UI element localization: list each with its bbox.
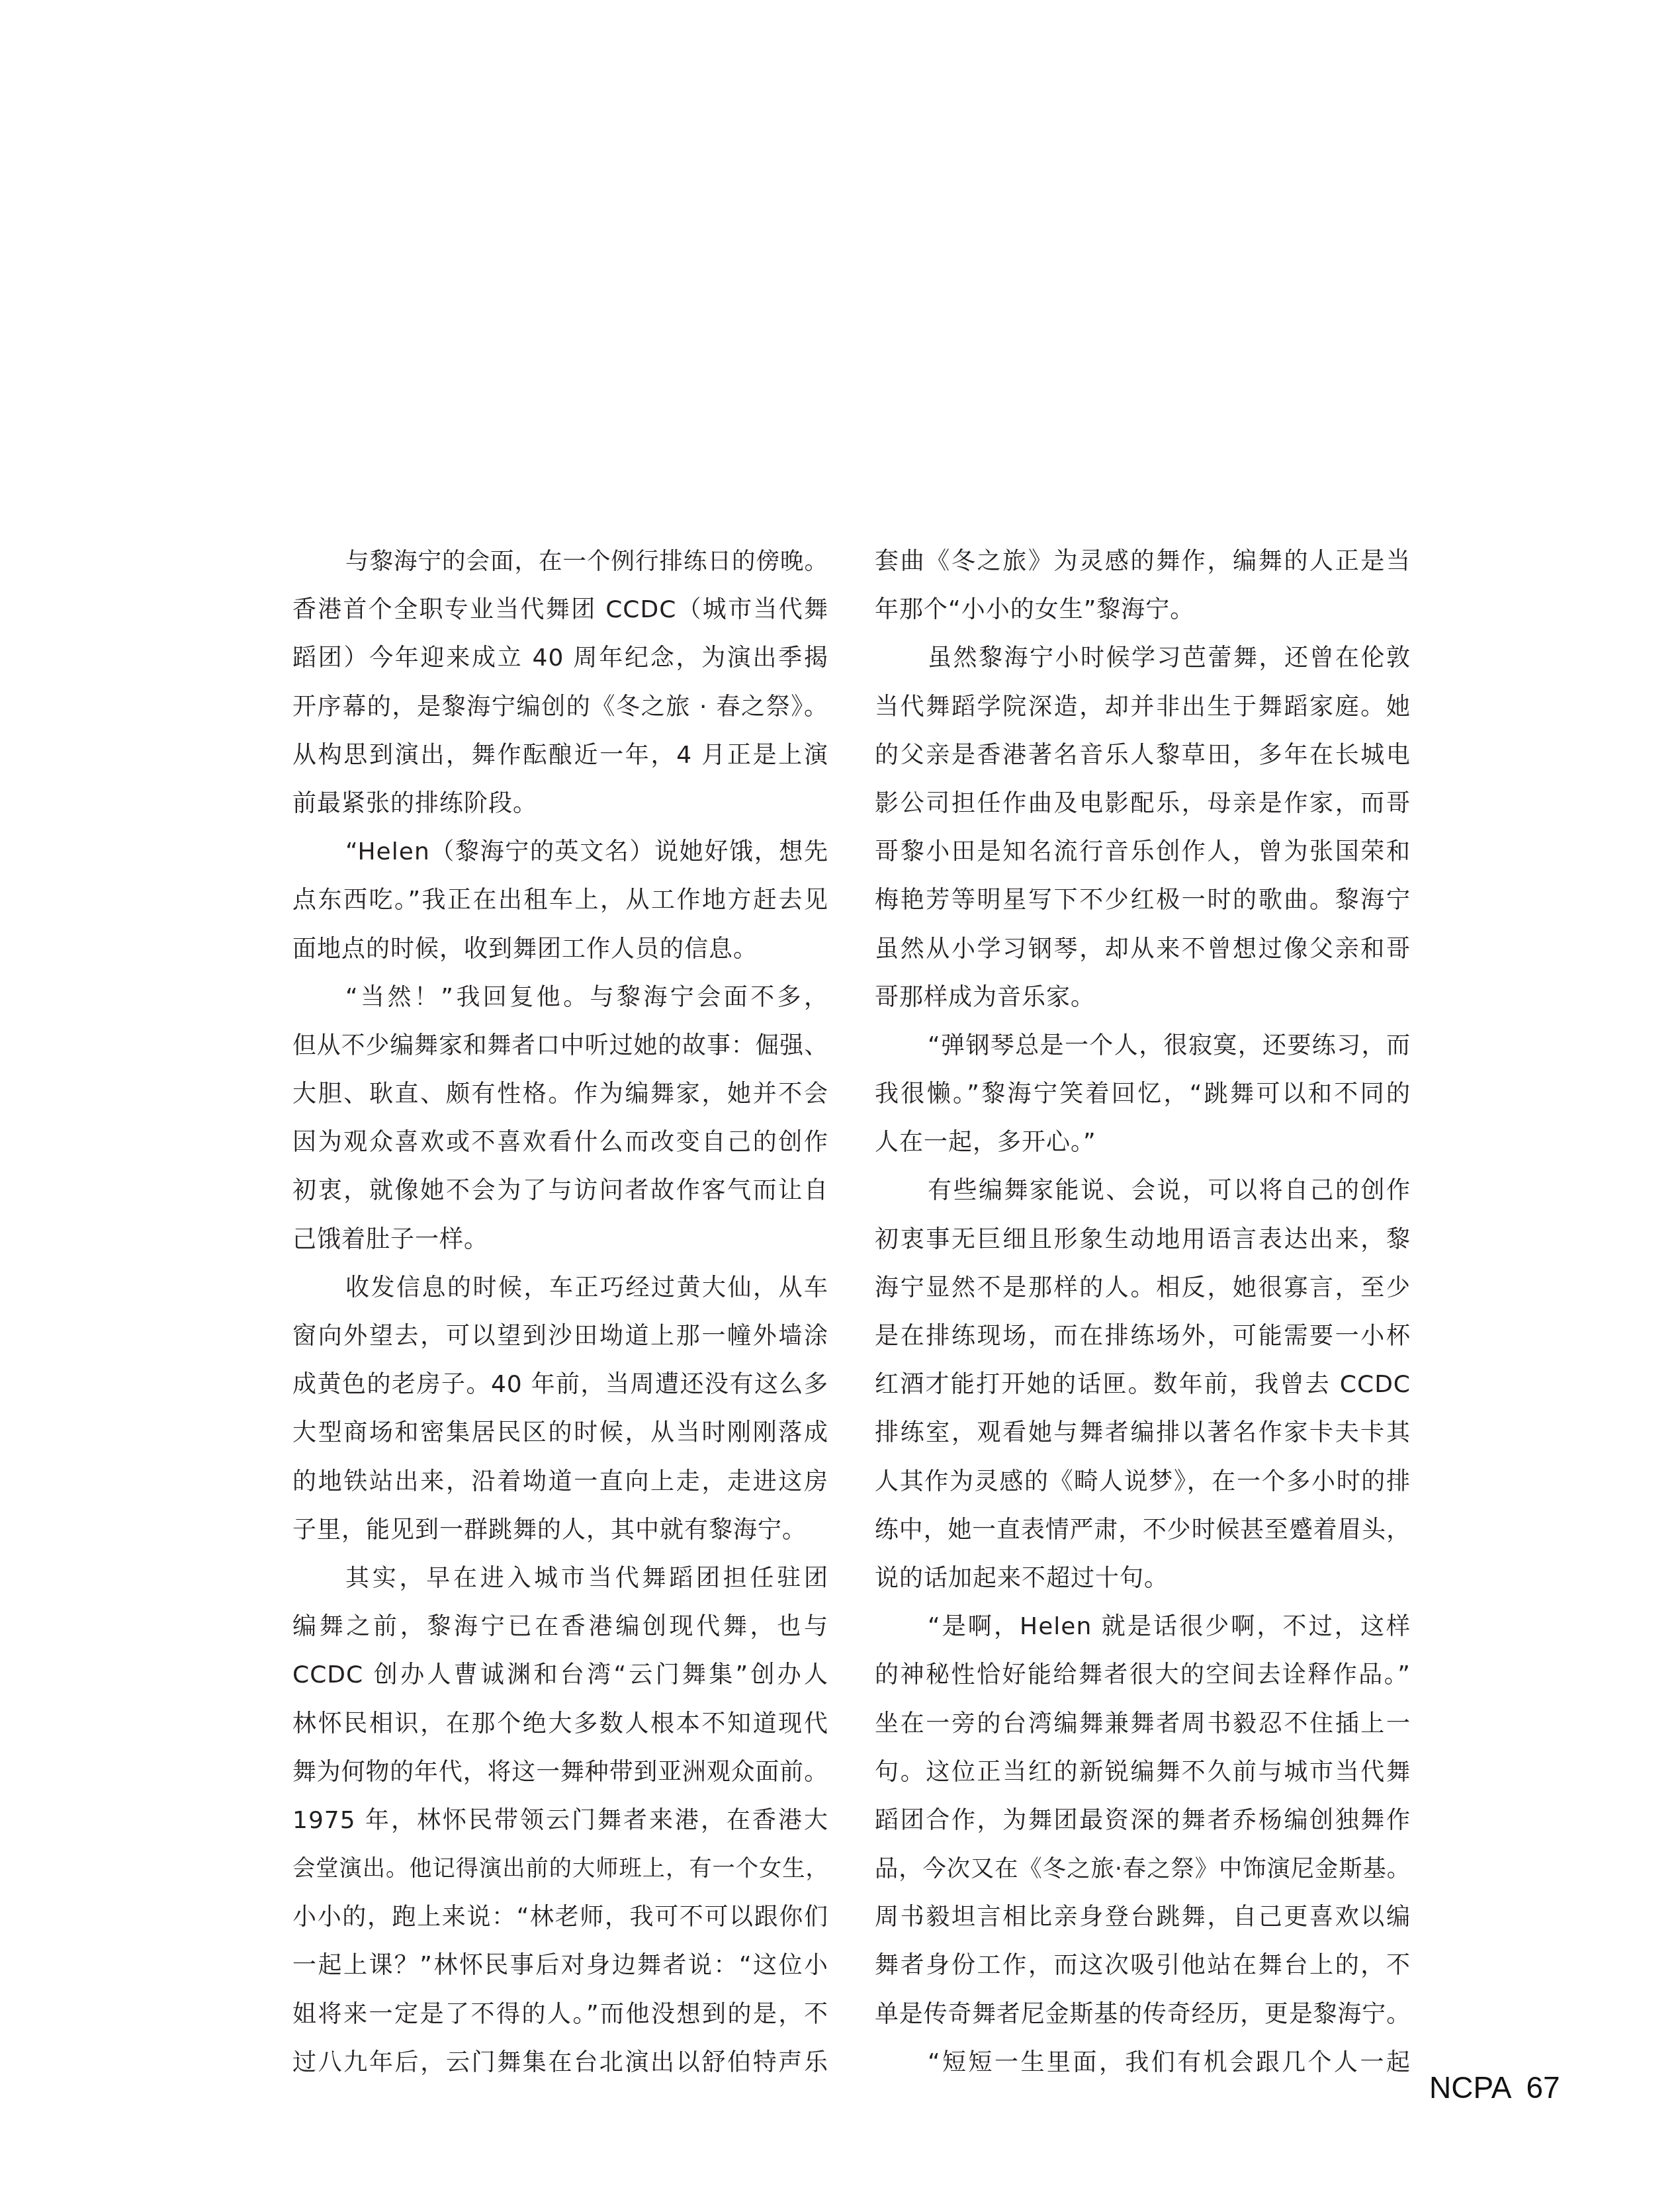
- text-line: “Helen（黎海宁的英文名）说她好饿，想先: [292, 828, 828, 876]
- text-line: 虽然黎海宁小时候学习芭蕾舞，还曾在伦敦: [875, 634, 1411, 682]
- text-line: 海宁显然不是那样的人。相反，她很寡言，至少: [875, 1264, 1411, 1312]
- text-line: 林怀民相识，在那个绝大多数人根本不知道现代: [292, 1700, 828, 1748]
- text-line: “弹钢琴总是一个人，很寂寞，还要练习，而: [875, 1022, 1411, 1070]
- text-line: 单是传奇舞者尼金斯基的传奇经历，更是黎海宁。: [875, 1990, 1411, 2038]
- text-line: 周书毅坦言相比亲身登台跳舞，自己更喜欢以编: [875, 1893, 1411, 1941]
- text-line: 虽然从小学习钢琴，却从来不曾想过像父亲和哥: [875, 925, 1411, 973]
- text-line: 初衷事无巨细且形象生动地用语言表达出来，黎: [875, 1215, 1411, 1264]
- text-line: 香港首个全职专业当代舞团 CCDC（城市当代舞: [292, 586, 828, 634]
- text-line: 点东西吃。”我正在出租车上，从工作地方赶去见: [292, 876, 828, 924]
- text-line: 舞者身份工作，而这次吸引他站在舞台上的，不: [875, 1941, 1411, 1990]
- text-line: 开序幕的，是黎海宁编创的《冬之旅 · 春之祭》。: [292, 683, 828, 731]
- text-line: 大胆、耿直、颇有性格。作为编舞家，她并不会: [292, 1070, 828, 1118]
- text-line: 套曲《冬之旅》为灵感的舞作，编舞的人正是当: [875, 537, 1411, 586]
- text-line: “当然！”我回复他。与黎海宁会面不多，: [292, 973, 828, 1022]
- text-line: 当代舞蹈学院深造，却并非出生于舞蹈家庭。她: [875, 683, 1411, 731]
- text-line: 成黄色的老房子。40 年前，当周遭还没有这么多: [292, 1360, 828, 1409]
- text-line: 收发信息的时候，车正巧经过黄大仙，从车: [292, 1264, 828, 1312]
- text-line: 人其作为灵感的《畸人说梦》，在一个多小时的排: [875, 1458, 1411, 1506]
- text-line: 有些编舞家能说、会说，可以将自己的创作: [875, 1166, 1411, 1215]
- text-line: 蹈团）今年迎来成立 40 周年纪念，为演出季揭: [292, 634, 828, 682]
- magazine-name: NCPA: [1429, 2070, 1511, 2105]
- text-line: 的神秘性恰好能给舞者很大的空间去诠释作品。”: [875, 1651, 1411, 1699]
- text-line: 初衷，就像她不会为了与访问者故作客气而让自: [292, 1166, 828, 1215]
- text-line: 句。这位正当红的新锐编舞不久前与城市当代舞: [875, 1748, 1411, 1796]
- text-line: 面地点的时候，收到舞团工作人员的信息。: [292, 925, 828, 973]
- text-line: “短短一生里面，我们有机会跟几个人一起: [875, 2038, 1411, 2087]
- text-line: 舞为何物的年代，将这一舞种带到亚洲观众面前。: [292, 1748, 828, 1796]
- text-line: 因为观众喜欢或不喜欢看什么而改变自己的创作: [292, 1118, 828, 1166]
- text-line: 排练室，观看她与舞者编排以著名作家卡夫卡其: [875, 1409, 1411, 1457]
- text-line: 编舞之前，黎海宁已在香港编创现代舞，也与: [292, 1602, 828, 1651]
- text-line: 我很懒。”黎海宁笑着回忆，“跳舞可以和不同的: [875, 1070, 1411, 1118]
- text-line: 己饿着肚子一样。: [292, 1215, 828, 1264]
- text-line: 但从不少编舞家和舞者口中听过她的故事：倔强、: [292, 1022, 828, 1070]
- text-line: 大型商场和密集居民区的时候，从当时刚刚落成: [292, 1409, 828, 1457]
- text-line: CCDC 创办人曹诚渊和台湾“云门舞集”创办人: [292, 1651, 828, 1699]
- page-footer: NCPA67: [1429, 2070, 1560, 2105]
- text-line: 姐将来一定是了不得的人。”而他没想到的是，不: [292, 1990, 828, 2038]
- text-line: 人在一起，多开心。”: [875, 1118, 1411, 1166]
- text-line: 梅艳芳等明星写下不少红极一时的歌曲。黎海宁: [875, 876, 1411, 924]
- text-line: 坐在一旁的台湾编舞兼舞者周书毅忍不住插上一: [875, 1700, 1411, 1748]
- text-line: 窗向外望去，可以望到沙田坳道上那一幢外墙涂: [292, 1312, 828, 1360]
- text-line: 年那个“小小的女生”黎海宁。: [875, 586, 1411, 634]
- text-line: 从构思到演出，舞作酝酿近一年，4 月正是上演: [292, 731, 828, 779]
- text-line: 蹈团合作，为舞团最资深的舞者乔杨编创独舞作: [875, 1796, 1411, 1845]
- text-line: 与黎海宁的会面，在一个例行排练日的傍晚。: [292, 537, 828, 586]
- text-line: 的地铁站出来，沿着坳道一直向上走，走进这房: [292, 1458, 828, 1506]
- text-line: 练中，她一直表情严肃，不少时候甚至蹙着眉头，: [875, 1506, 1411, 1554]
- article-column-left: 与黎海宁的会面，在一个例行排练日的傍晚。香港首个全职专业当代舞团 CCDC（城市…: [292, 537, 828, 2087]
- text-line: 前最紧张的排练阶段。: [292, 779, 828, 828]
- text-line: 哥黎小田是知名流行音乐创作人，曾为张国荣和: [875, 828, 1411, 876]
- text-line: 会堂演出。他记得演出前的大师班上，有一个女生，: [292, 1845, 828, 1893]
- page-number: 67: [1526, 2070, 1560, 2105]
- text-line: 影公司担任作曲及电影配乐，母亲是作家，而哥: [875, 779, 1411, 828]
- text-line: 过八九年后，云门舞集在台北演出以舒伯特声乐: [292, 2038, 828, 2087]
- text-line: 一起上课？”林怀民事后对身边舞者说：“这位小: [292, 1941, 828, 1990]
- text-line: 子里，能见到一群跳舞的人，其中就有黎海宁。: [292, 1506, 828, 1554]
- text-line: 的父亲是香港著名音乐人黎草田，多年在长城电: [875, 731, 1411, 779]
- article-column-right: 套曲《冬之旅》为灵感的舞作，编舞的人正是当年那个“小小的女生”黎海宁。虽然黎海宁…: [875, 537, 1411, 2087]
- text-line: 红酒才能打开她的话匣。数年前，我曾去 CCDC: [875, 1360, 1411, 1409]
- text-line: 1975 年，林怀民带领云门舞者来港，在香港大: [292, 1796, 828, 1845]
- text-line: 小小的，跑上来说：“林老师，我可不可以跟你们: [292, 1893, 828, 1941]
- text-line: 哥那样成为音乐家。: [875, 973, 1411, 1022]
- text-line: 是在排练现场，而在排练场外，可能需要一小杯: [875, 1312, 1411, 1360]
- text-line: “是啊，Helen 就是话很少啊，不过，这样: [875, 1602, 1411, 1651]
- text-line: 说的话加起来不超过十句。: [875, 1554, 1411, 1602]
- text-line: 其实，早在进入城市当代舞蹈团担任驻团: [292, 1554, 828, 1602]
- text-line: 品，今次又在《冬之旅·春之祭》中饰演尼金斯基。: [875, 1845, 1411, 1893]
